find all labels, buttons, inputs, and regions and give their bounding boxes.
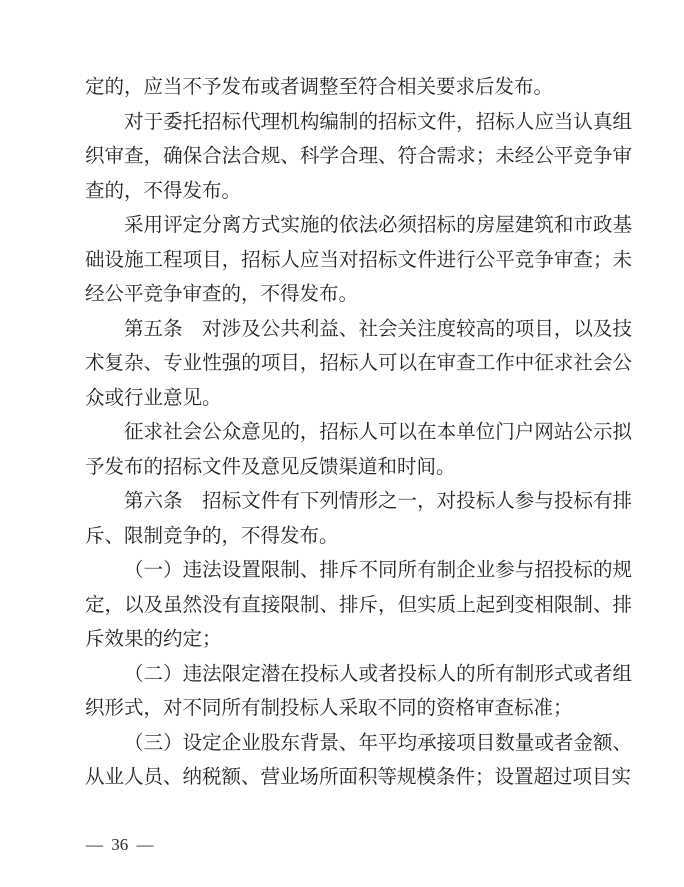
paragraph: 征求社会公众意见的，招标人可以在本单位门户网站公示拟予发布的招标文件及意见反馈渠… [85, 416, 632, 485]
paragraph-item-2: （二）违法限定潜在投标人或者投标人的所有制形式或者组织形式，对不同所有制投标人采… [85, 658, 632, 727]
paragraph: 采用评定分离方式实施的依法必须招标的房屋建筑和市政基础设施工程项目，招标人应当对… [85, 209, 632, 313]
document-page: 定的，应当不予发布或者调整至符合相关要求后发布。 对于委托招标代理机构编制的招标… [0, 0, 684, 887]
paragraph: 定的，应当不予发布或者调整至符合相关要求后发布。 [85, 71, 632, 106]
page-number: — 36 — [86, 834, 154, 856]
paragraph-item-3: （三）设定企业股东背景、年平均承接项目数量或者金额、从业人员、纳税额、营业场所面… [85, 727, 632, 796]
paragraph-item-1: （一）违法设置限制、排斥不同所有制企业参与招投标的规定，以及虽然没有直接限制、排… [85, 554, 632, 658]
body-text: 定的，应当不予发布或者调整至符合相关要求后发布。 对于委托招标代理机构编制的招标… [85, 71, 632, 796]
paragraph-article-6: 第六条 招标文件有下列情形之一，对投标人参与投标有排斥、限制竞争的，不得发布。 [85, 485, 632, 554]
paragraph-article-5: 第五条 对涉及公共利益、社会关注度较高的项目，以及技术复杂、专业性强的项目，招标… [85, 313, 632, 417]
paragraph: 对于委托招标代理机构编制的招标文件，招标人应当认真组织审查，确保合法合规、科学合… [85, 106, 632, 210]
